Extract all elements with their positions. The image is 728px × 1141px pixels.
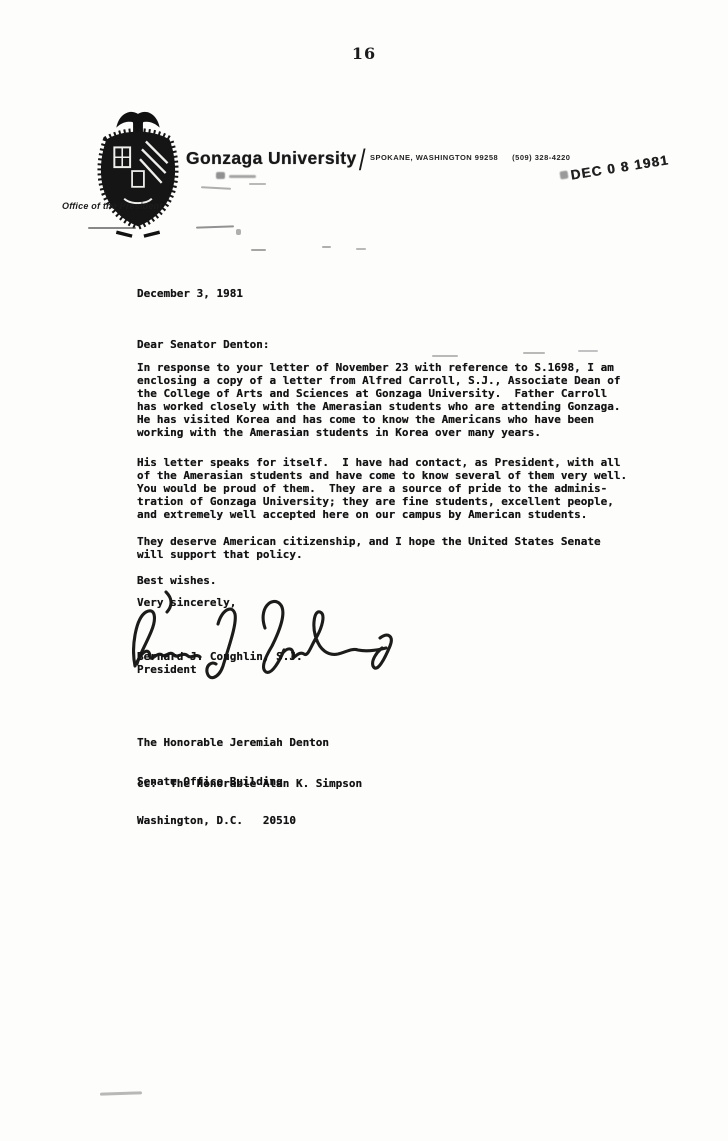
paragraph-1: In response to your letter of November 2… [137, 361, 620, 439]
scan-artifact [523, 352, 545, 354]
scan-artifact [249, 183, 266, 185]
scan-artifact [578, 350, 598, 352]
cc-line: cc: The Honorable Alan K. Simpson [137, 777, 362, 790]
recipient-line: The Honorable Jeremiah Denton [137, 736, 329, 749]
scan-artifact [196, 225, 234, 228]
paragraph-3: They deserve American citizenship, and I… [137, 535, 601, 561]
letter-date: December 3, 1981 [137, 287, 243, 300]
closing-line: Very sincerely, [137, 596, 236, 609]
page-number: 16 [0, 45, 728, 63]
scan-artifact [322, 246, 331, 248]
scan-artifact [88, 227, 136, 229]
recipient-line: Washington, D.C. 20510 [137, 814, 329, 827]
gonzaga-crest-icon [88, 106, 188, 244]
scanned-letter-page: 16 Gonzaga University/SPOKANE, WASHINGTO… [0, 0, 728, 1141]
signer-title: President [137, 663, 197, 676]
best-wishes-line: Best wishes. [137, 574, 216, 587]
scan-artifact [236, 229, 241, 235]
salutation: Dear Senator Denton: [137, 338, 269, 351]
office-of-president-label: Office of the President [62, 201, 162, 212]
paragraph-2: His letter speaks for itself. I have had… [137, 456, 627, 521]
scan-artifact [251, 249, 266, 251]
scan-artifact [216, 172, 225, 179]
letterhead-phone: (509) 328-4220 [512, 153, 570, 163]
scan-artifact [432, 355, 458, 357]
scan-artifact [201, 186, 231, 190]
letterhead-location: SPOKANE, WASHINGTON 99258 [370, 153, 498, 163]
scan-artifact [100, 1091, 142, 1095]
letterhead-slash: / [358, 146, 365, 176]
scan-artifact [356, 248, 366, 250]
scan-artifact [229, 175, 256, 178]
university-name: Gonzaga University [186, 147, 357, 169]
scan-artifact [559, 170, 568, 179]
signer-name: Bernard J. Coughlin, S.J. [137, 650, 303, 663]
